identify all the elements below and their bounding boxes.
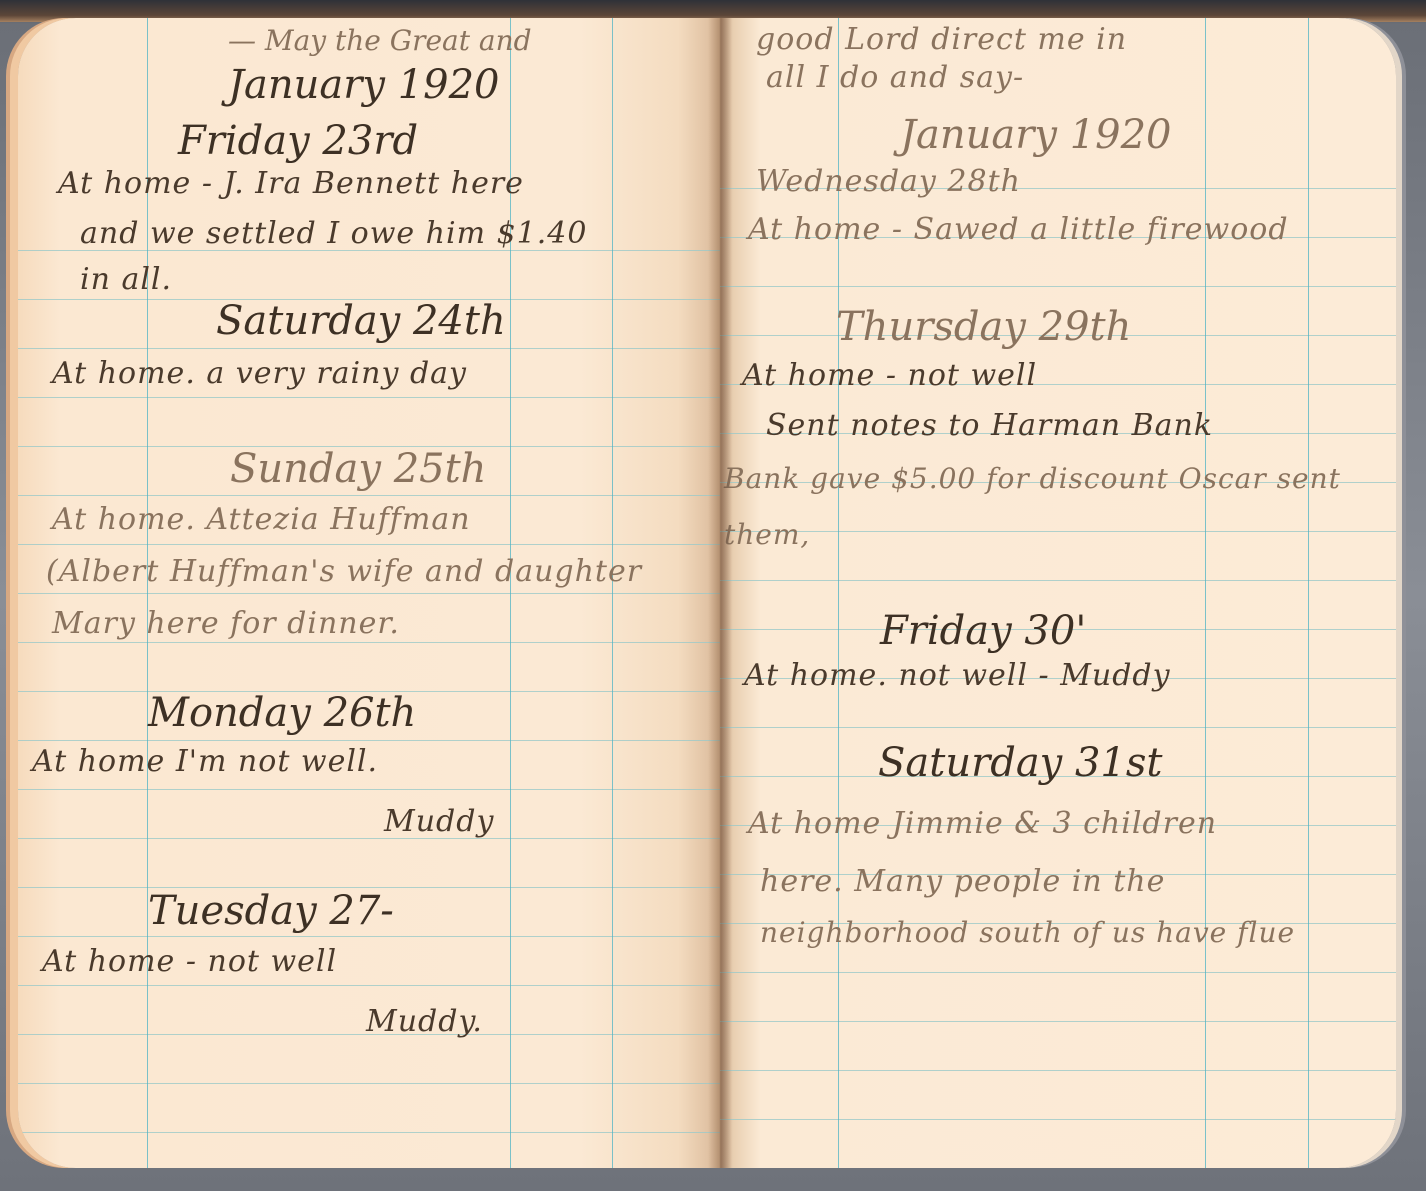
- rule-line: [720, 580, 1396, 581]
- entry-day: Wednesday 28th: [756, 164, 1021, 199]
- rule-line: [720, 286, 1396, 287]
- entry-day: Friday 23rd: [178, 118, 418, 164]
- entry-line: and we settled I owe him $1.40: [80, 216, 587, 251]
- rule-line: [720, 1021, 1396, 1022]
- entry-day: Friday 30': [880, 608, 1086, 654]
- entry-line: them,: [724, 518, 810, 551]
- rule-line: [18, 789, 720, 790]
- entry-line: At home - not well: [42, 944, 337, 979]
- entry-line: Muddy.: [366, 1004, 483, 1039]
- entry-line: Sent notes to Harman Bank: [766, 408, 1213, 443]
- entry-line: here. Many people in the: [760, 864, 1165, 899]
- left-page: — May the Great and January 1920 Friday …: [18, 18, 720, 1168]
- rule-line: [720, 1119, 1396, 1120]
- rule-line: [18, 593, 720, 594]
- entry-line: Bank gave $5.00 for discount Oscar sent: [724, 462, 1341, 495]
- column-line: [1205, 18, 1206, 1168]
- rule-line: [720, 1070, 1396, 1071]
- entry-line: neighborhood south of us have flue: [760, 916, 1295, 949]
- rule-line: [18, 1132, 720, 1133]
- entry-line: At home - Sawed a little firewood: [748, 212, 1289, 247]
- month-heading: January 1920: [228, 62, 499, 108]
- rule-line: [18, 642, 720, 643]
- rule-line: [18, 495, 720, 496]
- header-note-line: all I do and say-: [766, 60, 1024, 95]
- rule-line: [18, 838, 720, 839]
- rule-line: [18, 985, 720, 986]
- rule-line: [720, 727, 1396, 728]
- entry-line: At home. Attezia Huffman: [52, 502, 471, 537]
- rule-line: [18, 348, 720, 349]
- column-line: [612, 18, 613, 1168]
- rule-line: [720, 972, 1396, 973]
- header-note: — May the Great and: [228, 24, 532, 57]
- entry-day: Tuesday 27-: [148, 888, 394, 934]
- entry-day: Thursday 29th: [836, 304, 1131, 350]
- entry-line: At home Jimmie & 3 children: [748, 806, 1217, 841]
- entry-line: At home. a very rainy day: [52, 356, 467, 391]
- book-gutter: [708, 18, 732, 1168]
- rule-line: [18, 397, 720, 398]
- entry-line: in all.: [80, 262, 172, 297]
- entry-line: At home - J. Ira Bennett here: [58, 166, 524, 201]
- rule-line: [18, 544, 720, 545]
- entry-line: (Albert Huffman's wife and daughter: [46, 554, 642, 589]
- header-note-line: good Lord direct me in: [756, 22, 1127, 57]
- entry-day: Sunday 25th: [230, 446, 486, 492]
- rule-line: [18, 740, 720, 741]
- month-heading: January 1920: [900, 112, 1171, 158]
- rule-line: [18, 936, 720, 937]
- rule-line: [720, 531, 1396, 532]
- entry-day: Monday 26th: [148, 690, 416, 736]
- entry-day: Saturday 24th: [216, 298, 506, 344]
- rule-line: [18, 1083, 720, 1084]
- entry-line: At home - not well: [742, 358, 1037, 393]
- right-page: good Lord direct me in all I do and say-…: [720, 18, 1396, 1168]
- entry-line: At home. not well - Muddy: [744, 658, 1171, 693]
- entry-day: Saturday 31st: [878, 740, 1162, 786]
- entry-line: Muddy: [384, 804, 494, 839]
- entry-line: At home I'm not well.: [32, 744, 378, 779]
- entry-line: Mary here for dinner.: [52, 606, 400, 641]
- column-line: [1308, 18, 1309, 1168]
